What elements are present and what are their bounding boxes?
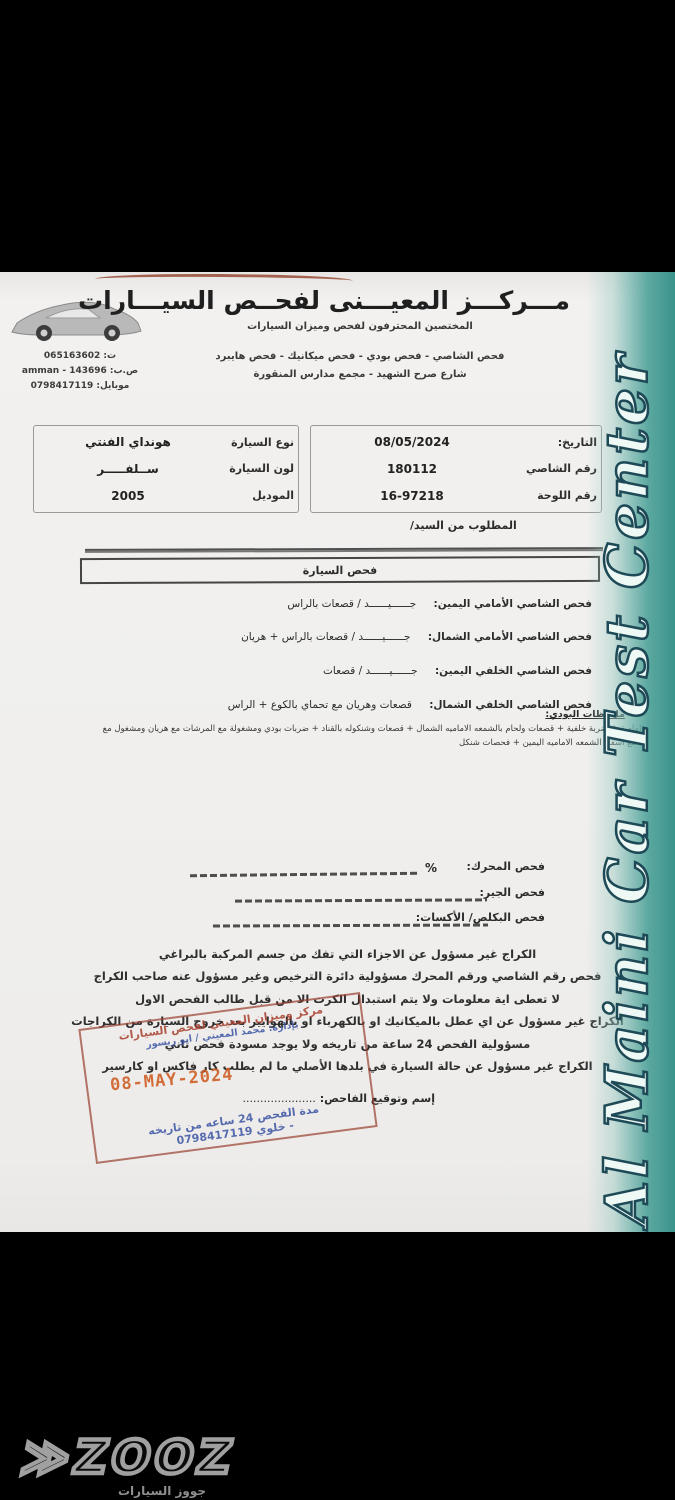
divider-double-line	[85, 547, 603, 553]
inspection-row: فحص الشاصي الخلفي اليمين: جــــــيــــــ…	[323, 665, 592, 677]
gear-test-label: فحص الجير:	[479, 886, 545, 899]
date-value: 08/05/2024	[315, 435, 509, 449]
type-label: نوع السيارة	[218, 436, 294, 449]
zooz-logo: ≫ZOOZ	[16, 1430, 241, 1484]
chassis-label: رقم الشاصي	[509, 462, 597, 475]
disclaimer-line: فحص رقم الشاصي ورقم المحرك مسؤولية دائرة…	[55, 965, 640, 987]
row-value: جــــــيــــــد / قصعات بالراس	[287, 598, 416, 610]
services-line: فحص الشاصي - فحص بودي - فحص ميكانيك - فح…	[190, 351, 530, 362]
phone-screen: مـــركـــز المعيـــنى لفحــص السيـــارات…	[0, 0, 675, 1500]
row-label: فحص الشاصي الأمامي الشمال:	[428, 631, 592, 643]
type-value: هونداي الفنتي	[38, 435, 218, 449]
axles-test-label: فحص البكلص/ الأكسات:	[416, 911, 545, 924]
zooz-logo-text: ZOOZ	[68, 1430, 240, 1484]
inspection-title: فحص السيارة	[82, 558, 598, 583]
contact-block: ت: 065163602 ص.ب: amman - 143696 موبايل:…	[4, 349, 156, 394]
scanned-document: مـــركـــز المعيـــنى لفحــص السيـــارات…	[0, 272, 675, 1232]
row-label: فحص الشاصي الخلفي اليمين:	[435, 665, 592, 677]
center-title: مـــركـــز المعيـــنى لفحــص السيـــارات	[140, 286, 570, 315]
row-value: جــــــيــــــد / قصعات بالراس + هريان	[241, 631, 410, 643]
model-row: الموديل 2005	[38, 489, 294, 503]
type-row: نوع السيارة هونداي الفنتي	[38, 435, 294, 449]
address-line: شارع صرح الشهيد - مجمع مدارس المنقورة	[190, 369, 530, 380]
model-label: الموديل	[218, 489, 294, 502]
row-label: فحص الشاصي الأمامي اليمين:	[434, 598, 592, 610]
row-value: جــــــيــــــد / قصعات	[323, 665, 418, 677]
row-value: قصعات وهريان مع تحماي بالكوع + الراس	[228, 699, 412, 711]
engine-percent-sign: %	[425, 861, 437, 875]
plate-row: رقم اللوحة 16-97218	[315, 489, 597, 503]
zooz-logo-subtitle: جووز السيارات	[118, 1484, 206, 1498]
center-subtitle: المختصين المحترفون لفحص وميزان السيارات	[190, 321, 530, 332]
chassis-row: رقم الشاصي 180112	[315, 462, 597, 476]
chassis-value: 180112	[315, 462, 509, 476]
pobox-number: ص.ب: amman - 143696	[4, 364, 156, 379]
body-notes-line1: ضربة امامية + ضربة خلفية + قصعات ولحام ب…	[33, 724, 663, 734]
watermark-band: Al Maini Car Test Center	[587, 272, 675, 1232]
color-value: ســلفـــــر	[38, 462, 218, 476]
vehicle-box: نوع السيارة هونداي الفنتي لون السيارة سـ…	[33, 425, 299, 513]
registration-box: التاريخ: 08/05/2024 رقم الشاصي 180112 رق…	[310, 425, 602, 513]
phone-number: ت: 065163602	[4, 349, 156, 364]
inspection-row: فحص الشاصي الخلفي الشمال: قصعات وهريان م…	[228, 699, 592, 711]
date-label: التاريخ:	[509, 436, 597, 449]
inspection-row: فحص الشاصي الأمامي الشمال: جــــــيـــــ…	[241, 631, 592, 643]
engine-result-line	[190, 872, 418, 877]
inspection-row: فحص الشاصي الأمامي اليمين: جــــــيـــــ…	[287, 598, 592, 610]
scan-edge-mark	[95, 273, 353, 287]
requested-from-label: المطلوب من السيد/	[410, 519, 602, 532]
date-row: التاريخ: 08/05/2024	[315, 435, 597, 449]
axles-result-line	[213, 924, 488, 928]
plate-label: رقم اللوحة	[509, 489, 597, 502]
plate-value: 16-97218	[315, 489, 509, 503]
color-label: لون السيارة	[218, 462, 294, 475]
engine-test-label: فحص المحرك:	[467, 860, 546, 873]
gear-result-line	[235, 898, 487, 902]
mobile-number: موبايل: 0798417119	[4, 379, 156, 394]
disclaimer-line: الكراج غير مسؤول عن الاجزاء التي تفك من …	[55, 943, 640, 965]
inspection-title-box: فحص السيارة	[80, 556, 600, 584]
watermark-text: Al Maini Car Test Center	[593, 352, 661, 1226]
model-value: 2005	[38, 489, 218, 503]
color-row: لون السيارة ســلفـــــر	[38, 462, 294, 476]
